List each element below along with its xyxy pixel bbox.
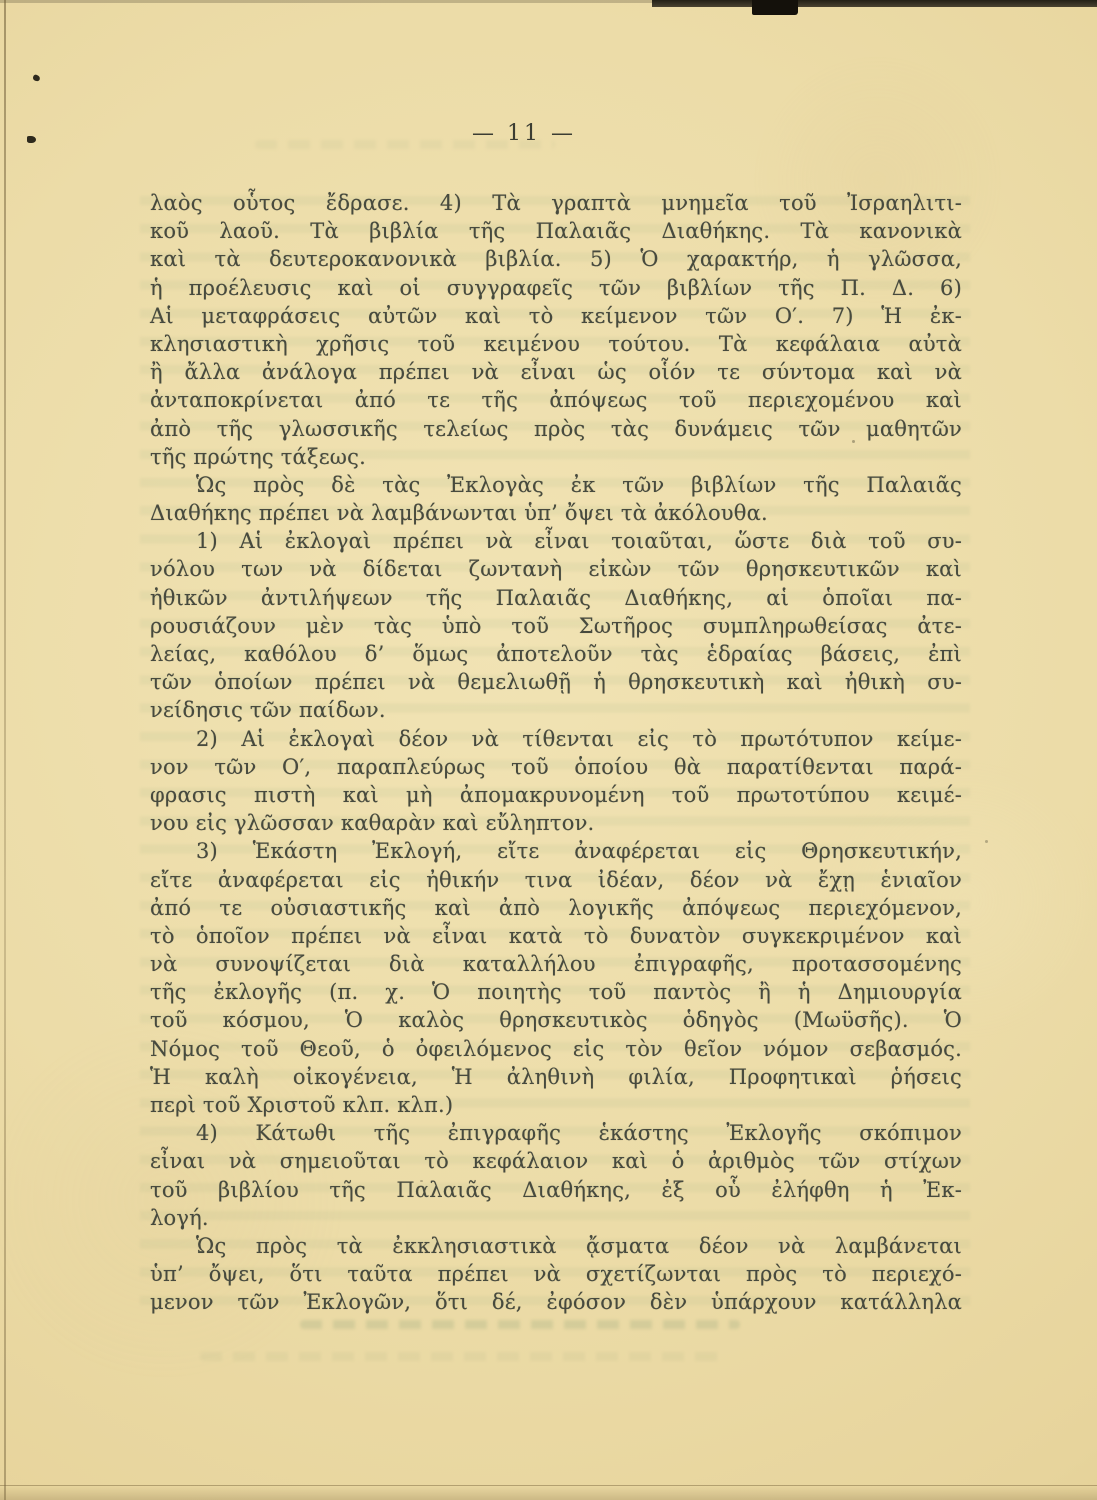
page-number: — 11 — [150,121,962,146]
ink-speck [985,840,988,843]
text-line: κλησιαστικὴ χρῆσις τοῦ κειμένου τούτου. … [150,330,962,358]
text-line: ὑπ’ ὄψει, ὅτι ταῦτα πρέπει νὰ σχετίζωντα… [150,1260,962,1288]
text-line: εἴτε ἀναφέρεται εἰς ἠθικήν τινα ἰδέαν, δ… [150,866,962,894]
paragraph: 4) Κάτωθι τῆς ἐπιγραφῆς ἑκάστης Ἐκλογῆς … [150,1119,962,1232]
text-line: τῶν ὁποίων πρέπει νὰ θεμελιωθῇ ἡ θρησκευ… [150,668,962,696]
text-line: νόλου των νὰ δίδεται ζωντανὴ εἰκὼν τῶν θ… [150,555,962,583]
text-line: ἠθικῶν ἀντιλήψεων τῆς Παλαιᾶς Διαθήκης, … [150,584,962,612]
text-line: λείας, καθόλου δ’ ὅμως ἀποτελοῦν τὰς ἑδρ… [150,640,962,668]
text-line: ρουσιάζουν μὲν τὰς ὑπὸ τοῦ Σωτῆρος συμπλ… [150,612,962,640]
paragraph: 2) Αἱ ἐκλογαὶ δέον νὰ τίθενται εἰς τὸ πρ… [150,725,962,838]
text-line: ἀπὸ τῆς γλωσσικῆς τελείως πρὸς τὰς δυνάμ… [150,415,962,443]
ink-speck [32,74,41,82]
text-line: Ἡ καλὴ οἰκογένεια, Ἡ ἀληθινὴ φιλία, Προφ… [150,1063,962,1091]
text-line: τῆς πρώτης τάξεως. [150,443,962,471]
page-bottom-edge [0,1485,1097,1500]
text-line: ἀπό τε οὐσιαστικῆς καὶ ἀπὸ λογικῆς ἀπόψε… [150,894,962,922]
text-line: τοῦ βιβλίου τῆς Παλαιᾶς Διαθήκης, ἐξ οὗ … [150,1176,962,1204]
page-fold-line [4,0,6,1500]
scanned-document-page: — 11 — λαὸς οὗτος ἔδρασε. 4) Τὰ γραπτὰ μ… [0,0,1097,1500]
text-line: μενον τῶν Ἐκλογῶν, ὅτι δέ, ἐφόσον δὲν ὑπ… [150,1288,962,1316]
text-line: τὸ ὁποῖον πρέπει νὰ εἶναι κατὰ τὸ δυνατὸ… [150,922,962,950]
text-line: Ὡς πρὸς δὲ τὰς Ἐκλογὰς ἐκ τῶν βιβλίων τῆ… [150,471,962,499]
paragraph: Ὡς πρὸς δὲ τὰς Ἐκλογὰς ἐκ τῶν βιβλίων τῆ… [150,471,962,527]
text-line: Νόμος τοῦ Θεοῦ, ὁ ὀφειλόμενος εἰς τὸν θε… [150,1035,962,1063]
text-line: νὰ συνοψίζεται διὰ καταλλήλου ἐπιγραφῆς,… [150,950,962,978]
paragraph: 3) Ἑκάστη Ἐκλογή, εἴτε ἀναφέρεται εἰς Θρ… [150,837,962,1119]
paragraph: Ὡς πρὸς τὰ ἐκκλησιαστικὰ ᾄσματα δέον νὰ … [150,1232,962,1317]
scan-top-edge-faint [0,0,652,3]
text-line: 1) Αἱ ἐκλογαὶ πρέπει νὰ εἶναι τοιαῦται, … [150,527,962,555]
text-line: καὶ τὰ δευτεροκανονικὰ βιβλία. 5) Ὁ χαρα… [150,245,962,273]
text-line: 3) Ἑκάστη Ἐκλογή, εἴτε ἀναφέρεται εἰς Θρ… [150,837,962,865]
text-line: νείδησις τῶν παίδων. [150,696,962,724]
text-line: Διαθήκης πρέπει νὰ λαμβάνωνται ὑπ’ ὄψει … [150,499,962,527]
text-line: εἶναι νὰ σημειοῦται τὸ κεφάλαιον καὶ ὁ ἀ… [150,1147,962,1175]
text-line: φρασις πιστὴ καὶ μὴ ἀπομακρυνομένη τοῦ π… [150,781,962,809]
ink-speck [27,136,36,143]
text-line: λογή. [150,1204,962,1232]
text-line: ἢ ἄλλα ἀνάλογα πρέπει νὰ εἶναι ὡς οἷόν τ… [150,358,962,386]
text-line: νου εἰς γλῶσσαν καθαρὰν καὶ εὔληπτον. [150,809,962,837]
text-line: 2) Αἱ ἐκλογαὶ δέον νὰ τίθενται εἰς τὸ πρ… [150,725,962,753]
text-line: περὶ τοῦ Χριστοῦ κλπ. κλπ.) [150,1091,962,1119]
show-through-line [300,1320,740,1329]
text-line: ἡ προέλευσις καὶ οἱ συγγραφεῖς τῶν βιβλί… [150,274,962,302]
paragraph: λαὸς οὗτος ἔδρασε. 4) Τὰ γραπτὰ μνημεῖα … [150,189,962,471]
text-line: νον τῶν Ο′, παραπλεύρως τοῦ ὁποίου θὰ πα… [150,753,962,781]
text-line: κοῦ λαοῦ. Τὰ βιβλία τῆς Παλαιᾶς Διαθήκης… [150,217,962,245]
paragraph: 1) Αἱ ἐκλογαὶ πρέπει νὰ εἶναι τοιαῦται, … [150,527,962,724]
text-line: λαὸς οὗτος ἔδρασε. 4) Τὰ γραπτὰ μνημεῖα … [150,189,962,217]
text-line: Αἱ μεταφράσεις αὐτῶν καὶ τὸ κείμενον τῶν… [150,302,962,330]
show-through-line [200,1352,720,1361]
scan-top-edge [652,0,1097,7]
text-line: τῆς ἐκλογῆς (π. χ. Ὁ ποιητὴς τοῦ παντὸς … [150,978,962,1006]
text-line: Ὡς πρὸς τὰ ἐκκλησιαστικὰ ᾄσματα δέον νὰ … [150,1232,962,1260]
text-line: τοῦ κόσμου, Ὁ καλὸς θρησκευτικὸς ὁδηγὸς … [150,1006,962,1034]
text-line: ἀνταποκρίνεται ἀπό τε τῆς ἀπόψεως τοῦ πε… [150,386,962,414]
text-line: 4) Κάτωθι τῆς ἐπιγραφῆς ἑκάστης Ἐκλογῆς … [150,1119,962,1147]
scan-top-tab-mark [752,0,798,15]
text-block: λαὸς οὗτος ἔδρασε. 4) Τὰ γραπτὰ μνημεῖα … [150,189,962,1317]
